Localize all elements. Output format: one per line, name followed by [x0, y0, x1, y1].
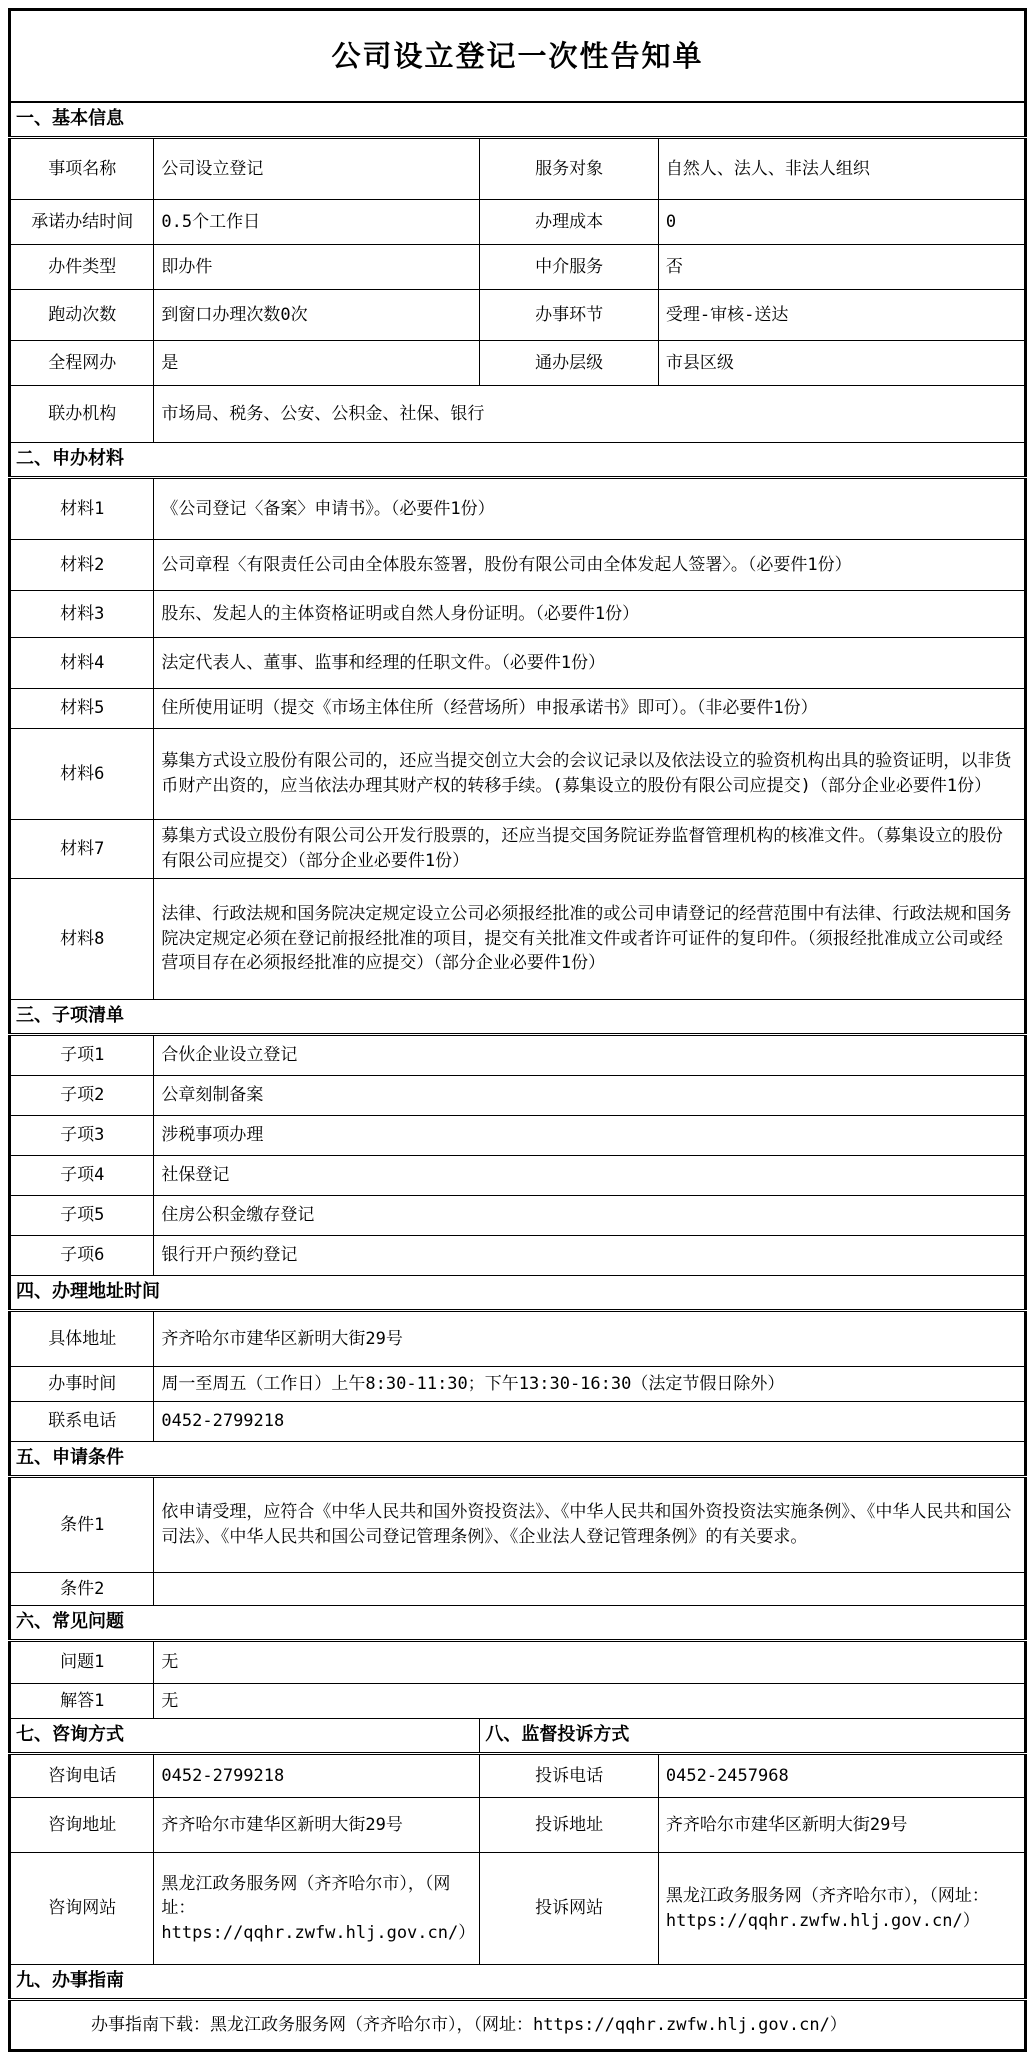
- table-row: 材料5 住所使用证明（提交《市场主体住所（经营场所）申报承诺书》即可）。（非必要…: [10, 689, 1026, 729]
- field-label: 材料4: [10, 638, 154, 689]
- field-value: 黑龙江政务服务网（齐齐哈尔市），（网址：https://qqhr.zwfw.hl…: [154, 1853, 480, 1965]
- field-label: 子项4: [10, 1156, 154, 1196]
- document-page: 公司设立登记一次性告知单 一、基本信息 事项名称 公司设立登记 服务对象 自然人…: [0, 0, 1035, 2060]
- field-value: 住房公积金缴存登记: [154, 1196, 1026, 1236]
- table-row: 联系电话 0452-2799218: [10, 1402, 1026, 1442]
- field-value: 周一至周五（工作日）上午8:30-11:30；下午13:30-16:30（法定节…: [154, 1367, 1026, 1402]
- table-row: 咨询电话 0452-2799218 投诉电话 0452-2457968: [10, 1754, 1026, 1798]
- field-label: 咨询网站: [10, 1853, 154, 1965]
- field-value: 公章刻制备案: [154, 1076, 1026, 1116]
- field-value: 即办件: [154, 245, 480, 290]
- field-label: 办件类型: [10, 245, 154, 290]
- field-label: 问题1: [10, 1641, 154, 1684]
- field-value: 0.5个工作日: [154, 200, 480, 245]
- table-row: 材料6 募集方式设立股份有限公司的，还应当提交创立大会的会议记录以及依法设立的验…: [10, 729, 1026, 820]
- field-label: 咨询地址: [10, 1798, 154, 1853]
- field-value: 依申请受理，应符合《中华人民共和国外资投资法》、《中华人民共和国外资投资法实施条…: [154, 1477, 1026, 1573]
- table-row: 咨询网站 黑龙江政务服务网（齐齐哈尔市），（网址：https://qqhr.zw…: [10, 1853, 1026, 1965]
- section-header-faq: 六、常见问题: [10, 1606, 1026, 1641]
- section-header-materials: 二、申办材料: [10, 443, 1026, 478]
- section-title: 四、办理地址时间: [10, 1276, 1026, 1311]
- field-label: 办事时间: [10, 1367, 154, 1402]
- section-title: 二、申办材料: [10, 443, 1026, 478]
- field-label: 具体地址: [10, 1311, 154, 1367]
- field-value: 公司章程〈有限责任公司由全体股东签署，股份有限公司由全体发起人签署〉。（必要件1…: [154, 540, 1026, 591]
- field-value: 0: [658, 200, 1025, 245]
- field-label: 联系电话: [10, 1402, 154, 1442]
- field-label: 子项5: [10, 1196, 154, 1236]
- field-label: 通办层级: [480, 341, 659, 386]
- field-value: 住所使用证明（提交《市场主体住所（经营场所）申报承诺书》即可）。（非必要件1份）: [154, 689, 1026, 729]
- field-label: 材料8: [10, 879, 154, 1000]
- field-value: 社保登记: [154, 1156, 1026, 1196]
- field-label: 承诺办结时间: [10, 200, 154, 245]
- field-value: 否: [658, 245, 1025, 290]
- field-value: 自然人、法人、非法人组织: [658, 138, 1025, 200]
- table-row: 条件2: [10, 1573, 1026, 1606]
- field-label: 投诉地址: [480, 1798, 659, 1853]
- field-value: 市县区级: [658, 341, 1025, 386]
- table-row: 子项4 社保登记: [10, 1156, 1026, 1196]
- table-row: 办事指南下载：黑龙江政务服务网（齐齐哈尔市），（网址：https://qqhr.…: [10, 2000, 1026, 2051]
- field-value: 无: [154, 1684, 1026, 1719]
- table-row: 咨询地址 齐齐哈尔市建华区新明大街29号 投诉地址 齐齐哈尔市建华区新明大街29…: [10, 1798, 1026, 1853]
- table-row: 条件1 依申请受理，应符合《中华人民共和国外资投资法》、《中华人民共和国外资投资…: [10, 1477, 1026, 1573]
- field-label: 子项3: [10, 1116, 154, 1156]
- field-label: 联办机构: [10, 386, 154, 443]
- field-value: 市场局、税务、公安、公积金、社保、银行: [154, 386, 1026, 443]
- field-label: 投诉电话: [480, 1754, 659, 1798]
- table-row: 具体地址 齐齐哈尔市建华区新明大街29号: [10, 1311, 1026, 1367]
- table-row: 办事时间 周一至周五（工作日）上午8:30-11:30；下午13:30-16:3…: [10, 1367, 1026, 1402]
- table-row: 材料4 法定代表人、董事、监事和经理的任职文件。（必要件1份）: [10, 638, 1026, 689]
- field-value: 齐齐哈尔市建华区新明大街29号: [154, 1798, 480, 1853]
- section-title: 三、子项清单: [10, 1000, 1026, 1035]
- table-row: 全程网办 是 通办层级 市县区级: [10, 341, 1026, 386]
- table-row: 材料2 公司章程〈有限责任公司由全体股东签署，股份有限公司由全体发起人签署〉。（…: [10, 540, 1026, 591]
- section-header-contact: 七、咨询方式 八、监督投诉方式: [10, 1719, 1026, 1754]
- field-label: 条件2: [10, 1573, 154, 1606]
- table-row: 材料7 募集方式设立股份有限公司公开发行股票的，还应当提交国务院证券监督管理机构…: [10, 820, 1026, 879]
- table-row: 材料8 法律、行政法规和国务院决定规定设立公司必须报经批准的或公司申请登记的经营…: [10, 879, 1026, 1000]
- field-value: 黑龙江政务服务网（齐齐哈尔市），（网址：https://qqhr.zwfw.hl…: [658, 1853, 1025, 1965]
- field-label: 材料6: [10, 729, 154, 820]
- section-title: 六、常见问题: [10, 1606, 1026, 1641]
- field-label: 投诉网站: [480, 1853, 659, 1965]
- section-title-complaint: 八、监督投诉方式: [480, 1719, 1026, 1754]
- field-label: 中介服务: [480, 245, 659, 290]
- field-label: 材料3: [10, 591, 154, 638]
- field-label: 办理成本: [480, 200, 659, 245]
- field-value: 无: [154, 1641, 1026, 1684]
- section-header-conditions: 五、申请条件: [10, 1442, 1026, 1477]
- field-value: [154, 1573, 1026, 1606]
- field-label: 服务对象: [480, 138, 659, 200]
- table-row: 承诺办结时间 0.5个工作日 办理成本 0: [10, 200, 1026, 245]
- field-value: 公司设立登记: [154, 138, 480, 200]
- section-title: 一、基本信息: [10, 102, 1026, 138]
- field-label: 子项6: [10, 1236, 154, 1276]
- field-value: 齐齐哈尔市建华区新明大街29号: [154, 1311, 1026, 1367]
- field-value: 0452-2799218: [154, 1754, 480, 1798]
- field-label: 事项名称: [10, 138, 154, 200]
- table-row: 问题1 无: [10, 1641, 1026, 1684]
- notice-table: 公司设立登记一次性告知单 一、基本信息 事项名称 公司设立登记 服务对象 自然人…: [8, 8, 1027, 2052]
- field-label: 材料5: [10, 689, 154, 729]
- field-value: 0452-2457968: [658, 1754, 1025, 1798]
- field-value: 募集方式设立股份有限公司的，还应当提交创立大会的会议记录以及依法设立的验资机构出…: [154, 729, 1026, 820]
- table-row: 事项名称 公司设立登记 服务对象 自然人、法人、非法人组织: [10, 138, 1026, 200]
- field-value: 法定代表人、董事、监事和经理的任职文件。（必要件1份）: [154, 638, 1026, 689]
- field-value: 涉税事项办理: [154, 1116, 1026, 1156]
- field-value: 到窗口办理次数0次: [154, 290, 480, 341]
- field-label: 子项1: [10, 1035, 154, 1076]
- table-row: 子项2 公章刻制备案: [10, 1076, 1026, 1116]
- field-label: 材料1: [10, 478, 154, 540]
- table-row: 子项5 住房公积金缴存登记: [10, 1196, 1026, 1236]
- section-title-consult: 七、咨询方式: [10, 1719, 480, 1754]
- section-header-subitems: 三、子项清单: [10, 1000, 1026, 1035]
- title-row: 公司设立登记一次性告知单: [10, 10, 1026, 103]
- page-title: 公司设立登记一次性告知单: [10, 10, 1026, 103]
- section-header-basic: 一、基本信息: [10, 102, 1026, 138]
- field-value: 法律、行政法规和国务院决定规定设立公司必须报经批准的或公司申请登记的经营范围中有…: [154, 879, 1026, 1000]
- table-row: 子项6 银行开户预约登记: [10, 1236, 1026, 1276]
- field-value: 是: [154, 341, 480, 386]
- section-header-address: 四、办理地址时间: [10, 1276, 1026, 1311]
- table-row: 子项3 涉税事项办理: [10, 1116, 1026, 1156]
- guide-download-text: 办事指南下载：黑龙江政务服务网（齐齐哈尔市），（网址：https://qqhr.…: [10, 2000, 1026, 2051]
- field-label: 办事环节: [480, 290, 659, 341]
- table-row: 联办机构 市场局、税务、公安、公积金、社保、银行: [10, 386, 1026, 443]
- table-row: 解答1 无: [10, 1684, 1026, 1719]
- field-label: 解答1: [10, 1684, 154, 1719]
- field-label: 材料2: [10, 540, 154, 591]
- field-label: 子项2: [10, 1076, 154, 1116]
- field-value: 《公司登记〈备案〉申请书》。（必要件1份）: [154, 478, 1026, 540]
- field-label: 咨询电话: [10, 1754, 154, 1798]
- section-title: 九、办事指南: [10, 1965, 1026, 2000]
- field-label: 条件1: [10, 1477, 154, 1573]
- field-label: 材料7: [10, 820, 154, 879]
- field-value: 银行开户预约登记: [154, 1236, 1026, 1276]
- field-value: 受理-审核-送达: [658, 290, 1025, 341]
- section-header-guide: 九、办事指南: [10, 1965, 1026, 2000]
- table-row: 材料1 《公司登记〈备案〉申请书》。（必要件1份）: [10, 478, 1026, 540]
- field-label: 全程网办: [10, 341, 154, 386]
- field-value: 0452-2799218: [154, 1402, 1026, 1442]
- table-row: 办件类型 即办件 中介服务 否: [10, 245, 1026, 290]
- field-value: 股东、发起人的主体资格证明或自然人身份证明。（必要件1份）: [154, 591, 1026, 638]
- table-row: 材料3 股东、发起人的主体资格证明或自然人身份证明。（必要件1份）: [10, 591, 1026, 638]
- field-value: 募集方式设立股份有限公司公开发行股票的，还应当提交国务院证券监督管理机构的核准文…: [154, 820, 1026, 879]
- section-title: 五、申请条件: [10, 1442, 1026, 1477]
- field-label: 跑动次数: [10, 290, 154, 341]
- table-row: 子项1 合伙企业设立登记: [10, 1035, 1026, 1076]
- table-row: 跑动次数 到窗口办理次数0次 办事环节 受理-审核-送达: [10, 290, 1026, 341]
- field-value: 齐齐哈尔市建华区新明大街29号: [658, 1798, 1025, 1853]
- field-value: 合伙企业设立登记: [154, 1035, 1026, 1076]
